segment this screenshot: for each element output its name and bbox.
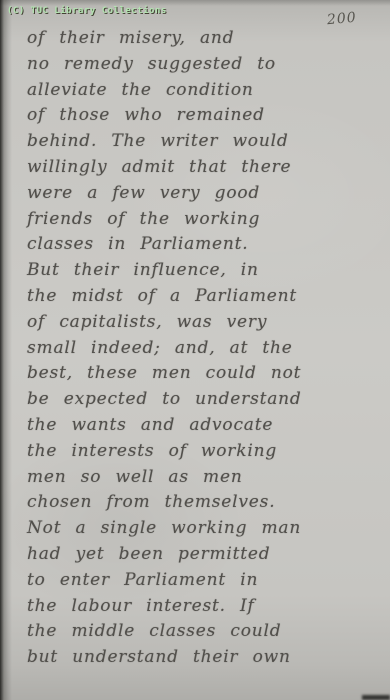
manuscript-line: classes in Parliament. xyxy=(27,232,380,258)
manuscript-line: to enter Parliament in xyxy=(27,568,380,594)
manuscript-line: were a few very good xyxy=(27,181,380,207)
manuscript-page: (C) TUC Library Collections 200 of their… xyxy=(0,0,390,700)
manuscript-line: best, these men could not xyxy=(27,361,380,387)
manuscript-line: small indeed; and, at the xyxy=(27,336,380,362)
manuscript-line: the interests of working xyxy=(27,439,380,465)
manuscript-line: men so well as men xyxy=(27,465,380,491)
manuscript-line: the middle classes could xyxy=(27,619,380,645)
manuscript-line: But their influence, in xyxy=(27,258,380,284)
scan-corner-mark xyxy=(362,695,390,700)
manuscript-text: of their misery, andno remedy suggested … xyxy=(27,26,380,671)
manuscript-line: but understand their own xyxy=(27,645,380,671)
manuscript-line: the labour interest. If xyxy=(27,594,380,620)
manuscript-line: no remedy suggested to xyxy=(27,52,380,78)
manuscript-line: be expected to understand xyxy=(27,387,380,413)
manuscript-line: had yet been permitted xyxy=(27,542,380,568)
scan-edge-shadow xyxy=(0,0,12,700)
manuscript-line: the midst of a Parliament xyxy=(27,284,380,310)
copyright-watermark: (C) TUC Library Collections xyxy=(7,6,167,16)
manuscript-line: Not a single working man xyxy=(27,516,380,542)
manuscript-line: willingly admit that there xyxy=(27,155,380,181)
manuscript-line: alleviate the condition xyxy=(27,78,380,104)
manuscript-line: chosen from themselves. xyxy=(27,490,380,516)
manuscript-line: of capitalists, was very xyxy=(27,310,380,336)
manuscript-line: of their misery, and xyxy=(27,26,380,52)
manuscript-line: friends of the working xyxy=(27,207,380,233)
manuscript-line: of those who remained xyxy=(27,103,380,129)
manuscript-line: the wants and advocate xyxy=(27,413,380,439)
manuscript-line: behind. The writer would xyxy=(27,129,380,155)
